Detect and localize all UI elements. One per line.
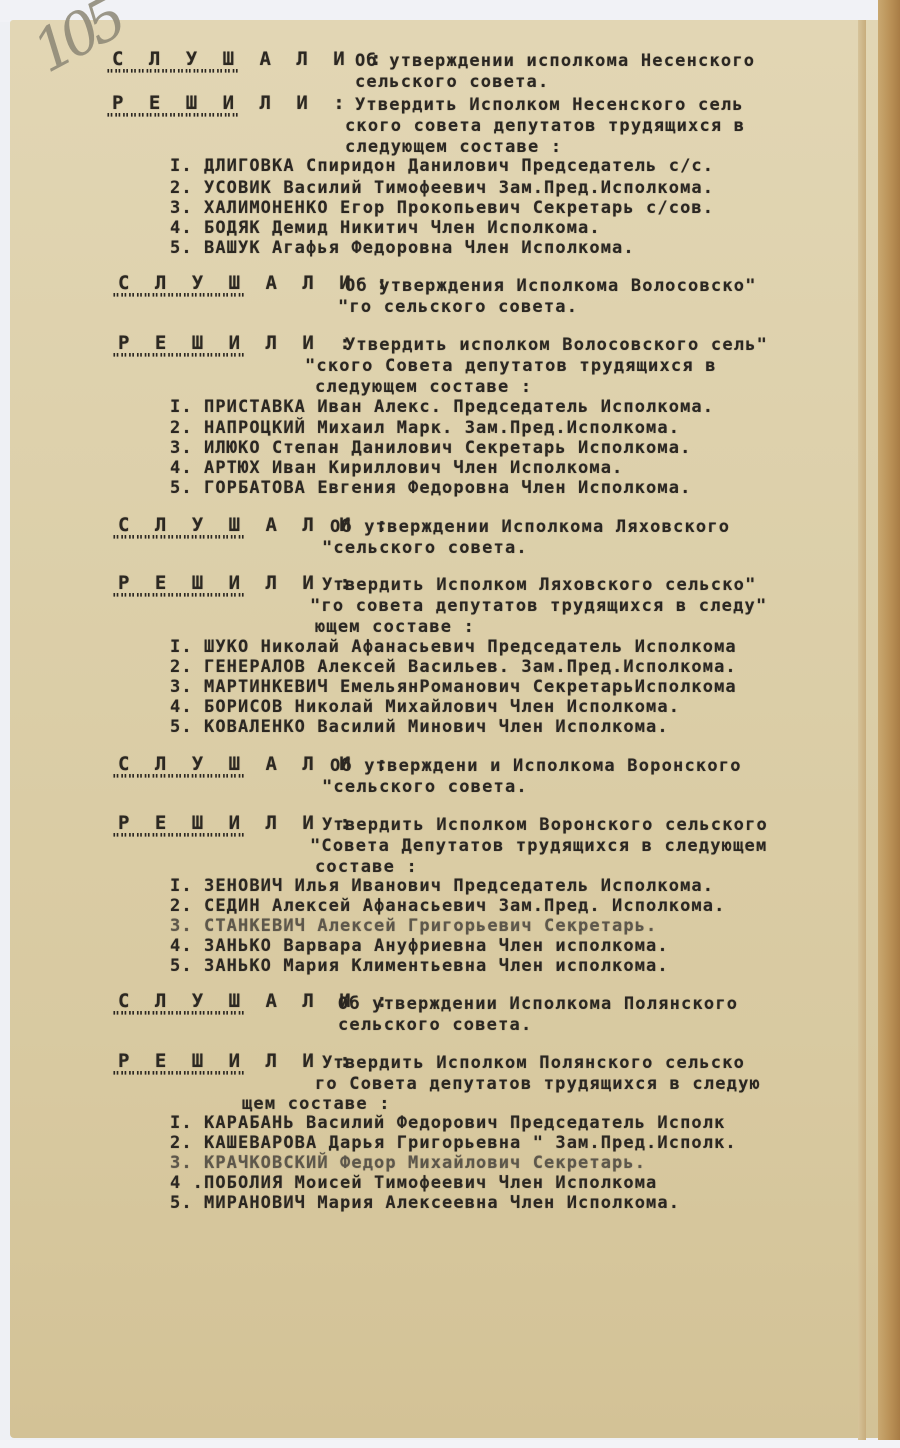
member-row: I.ДЛИГОВКА Спиридон Данилович Председате… <box>170 156 714 176</box>
decided-text-3: следующем составе : <box>315 377 532 397</box>
heard-text-2: "сельского совета. <box>322 538 528 558</box>
member-row: 3.МАРТИНКЕВИЧ ЕмельянРоманович Секретарь… <box>170 677 737 697</box>
decided-text-3: следующем составе : <box>345 137 562 157</box>
heard-text-2: сельского совета. <box>338 1015 532 1035</box>
decided-text-2: ского совета депутатов трудящихся в <box>345 116 745 136</box>
underline-dots: """"""""""""""""" <box>112 352 245 367</box>
background-bottom <box>0 1440 900 1448</box>
decided-text-1: Утвердить Исполком Воронского сельского <box>322 815 768 835</box>
decided-text-2: "ского Совета депутатов трудящихся в <box>305 356 717 376</box>
heard-text-1: Об утверждени и Исполкома Воронского <box>330 756 742 776</box>
heard-text-2: сельского совета. <box>355 72 549 92</box>
decided-text-2: го Совета депутатов трудящихся в следую <box>315 1074 761 1094</box>
decided-label: Р Е Ш И Л И : <box>112 92 352 114</box>
member-row: 2.ГЕНЕРАЛОВ Алексей Васильев. Зам.Пред.И… <box>170 657 737 677</box>
underline-dots: """"""""""""""""" <box>106 112 239 127</box>
heard-text-1: Об утверждении Исполкома Ляховского <box>330 517 730 537</box>
decided-text-3: составе : <box>315 857 418 877</box>
decided-text-3: ющем составе : <box>315 617 475 637</box>
heard-text-1: Об утверждении Исполкома Полянского <box>338 994 738 1014</box>
member-row: 3.ИЛЮКО Степан Данилович Секретарь Испол… <box>170 438 691 458</box>
member-row: I.ПРИСТАВКА Иван Алекс. Председатель Исп… <box>170 397 714 417</box>
underline-dots: """"""""""""""""" <box>112 592 245 607</box>
member-row: 5.МИРАНОВИЧ Мария Алексеевна Член Исполк… <box>170 1193 680 1213</box>
member-row: 2.СЕДИН Алексей Афанасьевич Зам.Пред. Ис… <box>170 896 725 916</box>
member-row: I.ЗЕНОВИЧ Илья Иванович Председатель Исп… <box>170 876 714 896</box>
decided-text-3: щем составе : <box>242 1094 391 1114</box>
member-row: I.ШУКО Николай Афанасьевич Председатель … <box>170 637 737 657</box>
decided-text-1: Утвердить Исполком Полянского сельско <box>322 1053 745 1073</box>
member-row: 5.КОВАЛЕНКО Василий Минович Член Исполко… <box>170 717 669 737</box>
member-row: 5.ВАШУК Агафья Федоровна Член Исполкома. <box>170 238 635 258</box>
heard-text-1: Об утверждения Исполкома Волосовско" <box>345 276 757 296</box>
heard-text-1: Об утверждении исполкома Несенского <box>355 51 755 71</box>
decided-text-2: "го совета депутатов трудящихся в следу" <box>310 596 767 616</box>
decided-label: Р Е Ш И Л И : <box>118 332 358 354</box>
member-row: 4 .ПОБОЛИЯ Моисей Тимофеевич Член Исполк… <box>170 1173 657 1193</box>
decided-text-1: Утвердить Исполком Ляховского сельско" <box>322 575 757 595</box>
decided-text-2: "Совета Депутатов трудящихся в следующем <box>310 836 767 856</box>
member-row: 3.КРАЧКОВСКИЙ Федор Михайлович Секретарь… <box>170 1153 646 1173</box>
heard-text-2: "сельского совета. <box>322 777 528 797</box>
heard-label: С Л У Ш А Л И : <box>112 48 389 70</box>
heard-text-2: "го сельского совета. <box>338 297 578 317</box>
underline-dots: """"""""""""""""" <box>112 1010 245 1025</box>
underline-dots: """"""""""""""""" <box>112 1070 245 1085</box>
underline-dots: """"""""""""""""" <box>112 292 245 307</box>
member-row: 2.КАШЕВАРОВА Дарья Григорьевна " Зам.Пре… <box>170 1133 737 1153</box>
member-row: I.КАРАБАНЬ Василий Федорович Председател… <box>170 1113 725 1133</box>
member-row: 2.НАПРОЦКИЙ Михаил Марк. Зам.Пред.Исполк… <box>170 418 680 438</box>
underline-dots: """"""""""""""""" <box>112 773 245 788</box>
member-row: 3.ХАЛИМОНЕНКО Егор Прокопьевич Секретарь… <box>170 198 714 218</box>
background-top <box>0 0 900 22</box>
member-row: 5.ГОРБАТОВА Евгения Федоровна Член Испол… <box>170 478 691 498</box>
member-row: 4.БОДЯК Демид Никитич Член Исполкома. <box>170 218 601 238</box>
page-edge <box>858 20 866 1440</box>
member-row: 4.ЗАНЬКО Варвара Ануфриевна Член исполко… <box>170 936 669 956</box>
member-row: 4.БОРИСОВ Николай Михайлович Член Исполк… <box>170 697 680 717</box>
member-row: 2.УСОВИК Василий Тимофеевич Зам.Пред.Исп… <box>170 178 714 198</box>
member-row: 3.СТАНКЕВИЧ Алексей Григорьевич Секретар… <box>170 916 657 936</box>
decided-text-1: Утвердить Исполком Несенского сель <box>355 95 744 115</box>
underline-dots: """"""""""""""""" <box>112 832 245 847</box>
member-row: 5.ЗАНЬКО Мария Климентьевна Член исполко… <box>170 956 669 976</box>
underline-dots: """"""""""""""""" <box>106 68 239 83</box>
underline-dots: """"""""""""""""" <box>112 534 245 549</box>
binder-edge <box>878 0 900 1448</box>
decided-text-1: Утвердить исполком Волосовского сель" <box>345 335 768 355</box>
member-row: 4.АРТЮХ Иван Кириллович Член Исполкома. <box>170 458 623 478</box>
